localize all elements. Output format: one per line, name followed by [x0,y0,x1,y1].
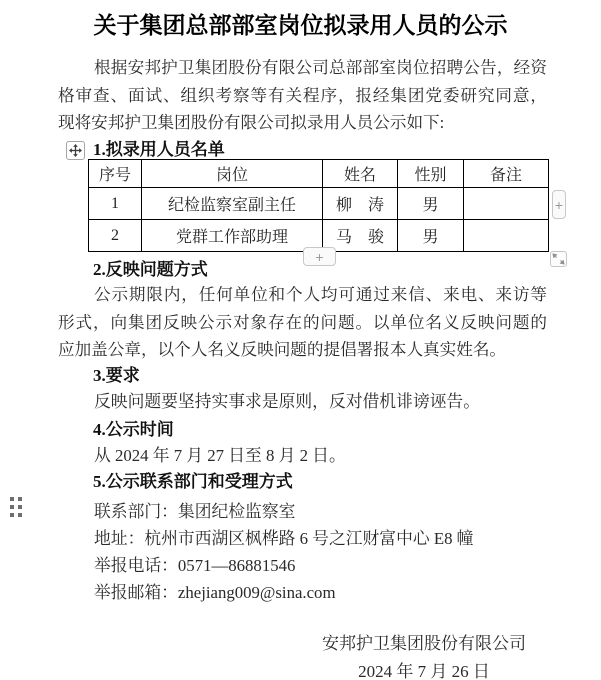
cell-seq[interactable]: 1 [89,188,142,220]
signature-organization[interactable]: 安邦护卫集团股份有限公司 [318,629,530,654]
col-header-seq[interactable]: 序号 [89,160,142,188]
section2-heading[interactable]: 2.反映问题方式 [93,260,208,280]
signature-date[interactable]: 2024 年 7 月 26 日 [318,657,530,680]
cell-position[interactable]: 纪检监察室副主任 [142,188,323,220]
section5-contact-block[interactable]: 联系部门：集团纪检监察室 地址：杭州市西湖区枫桦路 6 号之江财富中心 E8 幢… [94,498,473,606]
col-header-remark[interactable]: 备注 [464,160,549,188]
section5-heading[interactable]: 5.公示联系部门和受理方式 [93,472,293,492]
resize-diagonal-icon [552,253,565,265]
cell-position[interactable]: 党群工作部助理 [142,220,323,252]
section4-heading[interactable]: 4.公示时间 [93,420,174,440]
section2-paragraph[interactable]: 公示期限内，任何单位和个人均可通过来信、来电、来访等 形式，向集团反映公示对象存… [58,281,547,364]
document-title[interactable]: 关于集团总部部室岗位拟录用人员的公示 [0,7,601,40]
table-resize-handle[interactable] [550,251,567,267]
col-header-gender[interactable]: 性别 [398,160,464,188]
section1-heading[interactable]: 1.拟录用人员名单 [93,140,225,160]
add-column-button[interactable]: + [552,190,566,219]
section4-body[interactable]: 从 2024 年 7 月 27 日至 8 月 2 日。 [94,446,346,466]
cell-gender[interactable]: 男 [398,188,464,220]
candidates-table[interactable]: 序号 岗位 姓名 性别 备注 1 纪检监察室副主任 柳 涛 男 2 党群工作部助… [88,159,549,252]
section2-line: 公示期限内，任何单位和个人均可通过来信、来电、来访等 [58,281,547,309]
intro-line: 根据安邦护卫集团股份有限公司总部部室岗位招聘公告，经资 [58,54,547,82]
report-email-line: 举报邮箱：zhejiang009@sina.com [94,579,473,606]
contact-address-line: 地址：杭州市西湖区枫桦路 6 号之江财富中心 E8 幢 [94,525,473,552]
section3-body[interactable]: 反映问题要坚持实事求是原则，反对借机诽谤诬告。 [94,392,480,412]
cell-seq[interactable]: 2 [89,220,142,252]
cell-remark[interactable] [464,220,549,252]
plus-icon: + [315,249,323,265]
table-header-row: 序号 岗位 姓名 性别 备注 [89,160,549,188]
section2-line: 形式，向集团反映公示对象存在的问题。以单位名义反映问题的 [58,309,547,337]
report-phone-line: 举报电话：0571—86881546 [94,552,473,579]
add-row-button[interactable]: + [303,247,336,266]
table-move-handle[interactable] [66,141,85,160]
section2-line: 应加盖公章，以个人名义反映问题的提倡署报本人真实姓名。 [58,336,547,364]
document-page: 关于集团总部部室岗位拟录用人员的公示 根据安邦护卫集团股份有限公司总部部室岗位招… [0,0,601,680]
intro-line: 格审查、面试、组织考察等有关程序，报经集团党委研究同意， [58,82,547,110]
move-arrows-icon [69,144,82,157]
intro-line: 现将安邦护卫集团股份有限公司拟录用人员公示如下: [58,109,547,137]
col-header-name[interactable]: 姓名 [323,160,398,188]
intro-paragraph[interactable]: 根据安邦护卫集团股份有限公司总部部室岗位招聘公告，经资 格审查、面试、组织考察等… [58,54,547,137]
plus-icon: + [555,197,563,213]
col-header-position[interactable]: 岗位 [142,160,323,188]
cell-remark[interactable] [464,188,549,220]
paragraph-drag-handle[interactable] [10,497,22,517]
section3-heading[interactable]: 3.要求 [93,366,140,386]
table-row: 1 纪检监察室副主任 柳 涛 男 [89,188,549,220]
cell-name[interactable]: 柳 涛 [323,188,398,220]
cell-gender[interactable]: 男 [398,220,464,252]
contact-department-line: 联系部门：集团纪检监察室 [94,498,473,525]
